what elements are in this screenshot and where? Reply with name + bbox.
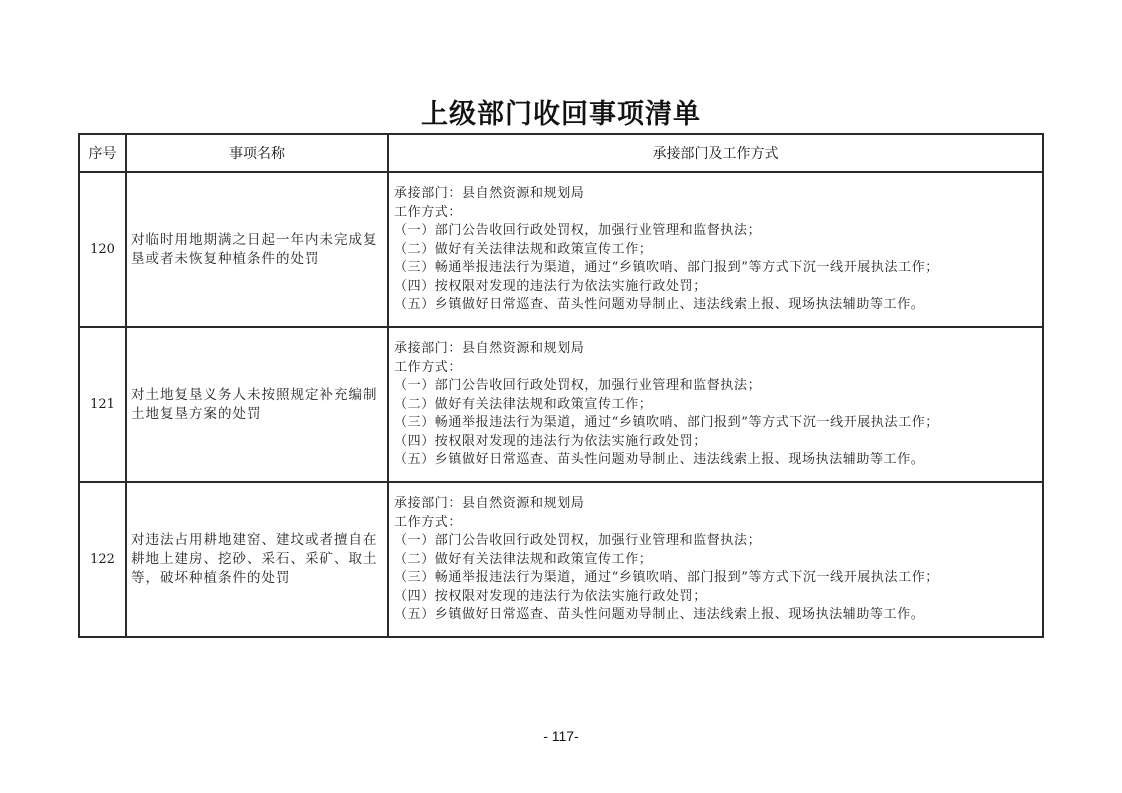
dept-line: 承接部门：县自然资源和规划局 (394, 340, 1038, 359)
dept-line: 承接部门：县自然资源和规划局 (394, 495, 1038, 514)
row-item-name: 对临时用地期满之日起一年内未完成复垦或者未恢复种植条件的处罚 (126, 172, 388, 327)
header-serial-number: 序号 (79, 134, 126, 172)
document-title: 上级部门收回事项清单 (0, 92, 1122, 131)
dept-line: （三）畅通举报违法行为渠道，通过“乡镇吹哨、部门报到”等方式下沉一线开展执法工作… (394, 259, 1038, 278)
table-header-row: 序号 事项名称 承接部门及工作方式 (79, 134, 1043, 172)
row-department-method: 承接部门：县自然资源和规划局 工作方式： （一）部门公告收回行政处罚权，加强行业… (388, 327, 1043, 482)
dept-line: （二）做好有关法律法规和政策宣传工作； (394, 241, 1038, 260)
dept-line: （五）乡镇做好日常巡查、苗头性问题劝导制止、违法线索上报、现场执法辅助等工作。 (394, 451, 1038, 470)
dept-line: 承接部门：县自然资源和规划局 (394, 185, 1038, 204)
dept-line: 工作方式： (394, 204, 1038, 223)
row-item-name: 对土地复垦义务人未按照规定补充编制土地复垦方案的处罚 (126, 327, 388, 482)
header-item-name: 事项名称 (126, 134, 388, 172)
page-number: - 117- (0, 728, 1122, 744)
row-department-method: 承接部门：县自然资源和规划局 工作方式： （一）部门公告收回行政处罚权，加强行业… (388, 482, 1043, 637)
dept-line: （二）做好有关法律法规和政策宣传工作； (394, 396, 1038, 415)
dept-line: （五）乡镇做好日常巡查、苗头性问题劝导制止、违法线索上报、现场执法辅助等工作。 (394, 606, 1038, 625)
row-department-method: 承接部门：县自然资源和规划局 工作方式： （一）部门公告收回行政处罚权，加强行业… (388, 172, 1043, 327)
dept-line: （三）畅通举报违法行为渠道，通过“乡镇吹哨、部门报到”等方式下沉一线开展执法工作… (394, 414, 1038, 433)
dept-line: （一）部门公告收回行政处罚权，加强行业管理和监督执法； (394, 532, 1038, 551)
dept-line: （一）部门公告收回行政处罚权，加强行业管理和监督执法； (394, 222, 1038, 241)
dept-line: （四）按权限对发现的违法行为依法实施行政处罚； (394, 588, 1038, 607)
table-row: 121 对土地复垦义务人未按照规定补充编制土地复垦方案的处罚 承接部门：县自然资… (79, 327, 1043, 482)
dept-line: （三）畅通举报违法行为渠道，通过“乡镇吹哨、部门报到”等方式下沉一线开展执法工作… (394, 569, 1038, 588)
dept-line: 工作方式： (394, 359, 1038, 378)
header-department-method: 承接部门及工作方式 (388, 134, 1043, 172)
dept-line: 工作方式： (394, 514, 1038, 533)
row-item-name: 对违法占用耕地建窑、建坟或者擅自在耕地上建房、挖砂、采石、采矿、取土等，破坏种植… (126, 482, 388, 637)
table-row: 122 对违法占用耕地建窑、建坟或者擅自在耕地上建房、挖砂、采石、采矿、取土等，… (79, 482, 1043, 637)
table-row: 120 对临时用地期满之日起一年内未完成复垦或者未恢复种植条件的处罚 承接部门：… (79, 172, 1043, 327)
dept-line: （四）按权限对发现的违法行为依法实施行政处罚； (394, 433, 1038, 452)
row-serial-number: 122 (79, 482, 126, 637)
dept-line: （一）部门公告收回行政处罚权，加强行业管理和监督执法； (394, 377, 1038, 396)
items-table: 序号 事项名称 承接部门及工作方式 120 对临时用地期满之日起一年内未完成复垦… (78, 133, 1044, 638)
dept-line: （四）按权限对发现的违法行为依法实施行政处罚； (394, 278, 1038, 297)
row-serial-number: 121 (79, 327, 126, 482)
dept-line: （五）乡镇做好日常巡查、苗头性问题劝导制止、违法线索上报、现场执法辅助等工作。 (394, 296, 1038, 315)
row-serial-number: 120 (79, 172, 126, 327)
dept-line: （二）做好有关法律法规和政策宣传工作； (394, 551, 1038, 570)
